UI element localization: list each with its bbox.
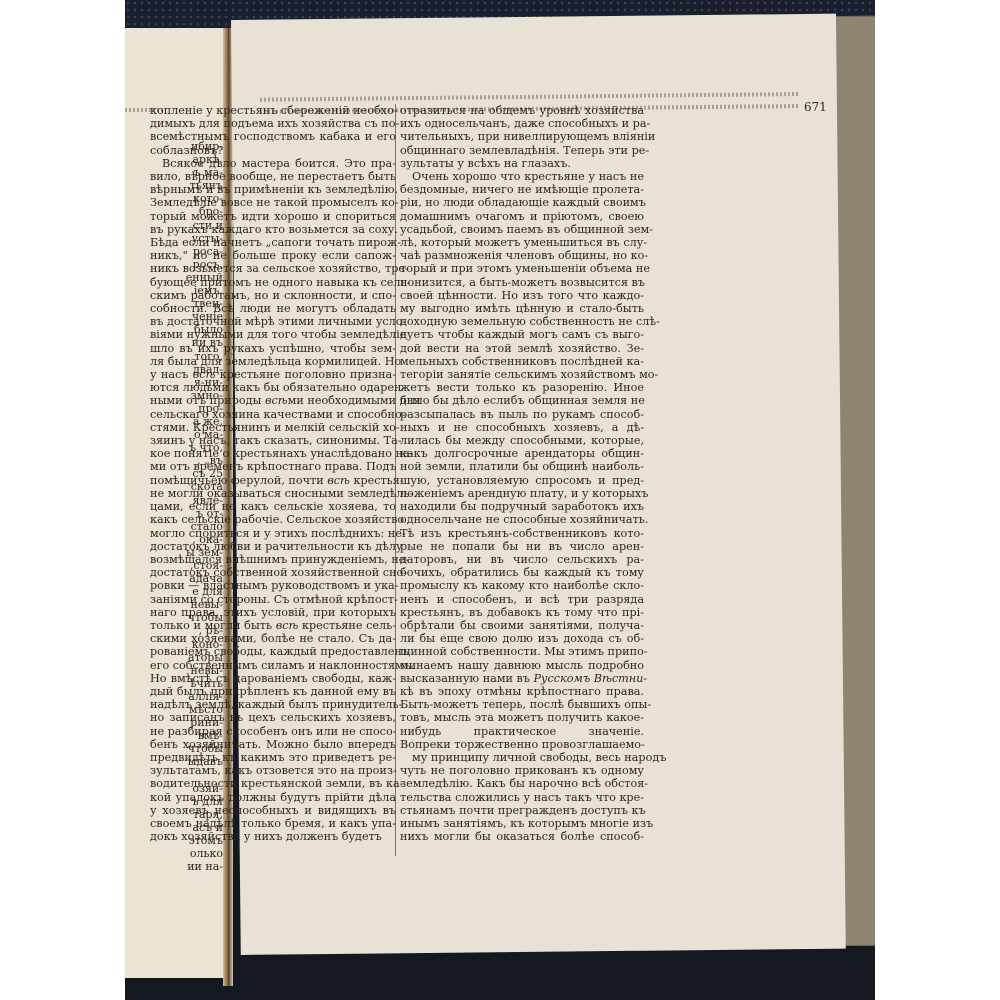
text-line: кое понятіе о крестьянахъ унаслѣдовано н… [150, 447, 396, 460]
text-line: вило, вѣрное вообще, не перестаетъ быть [150, 170, 396, 183]
text-line: усадьбой, своимъ паемъ въ общинной зем- [400, 223, 644, 236]
text-line: разсыпалась въ пыль по рукамъ способ- [400, 408, 644, 421]
text-line: цами, если не какъ сельскіе хозяева, то [150, 500, 396, 513]
text-line: возмѣщался внѣшнимъ принужденіемъ, не- [150, 553, 396, 566]
text-line: земледѣлію. Какъ бы нарочно всѣ обстоя- [400, 777, 644, 790]
text-line: торый можетъ идти хорошо и спориться [150, 210, 396, 223]
text-line: находили бы подручный заработокъ ихъ [400, 500, 644, 513]
text-line: бующее притомъ не одного навыка къ сель- [150, 276, 396, 289]
text-line: не могли оказываться сносными земледѣль- [150, 487, 396, 500]
text-line: чаѣ размноженія членовъ общины, но ко- [400, 249, 644, 262]
text-line: домашнимъ очагомъ и пріютомъ, своею [400, 210, 644, 223]
text-line: Бѣда если начнетъ „сапоги точать пирож- [150, 236, 396, 249]
text-line: ровки — властнымъ руководствомъ и ука- [150, 579, 396, 592]
text-line: ныхъ и не способныхъ хозяевъ, а дѣ- [400, 421, 644, 434]
text-column-left: копленіе у крестьянъ сбереженій необхо-д… [150, 104, 396, 843]
text-line: ной земли, платили бы общинѣ наиболь- [400, 460, 644, 473]
text-line: стьянамъ почти прегражденъ доступъ къ [400, 804, 644, 817]
text-line: мельныхъ собственниковъ послѣдней ка- [400, 355, 644, 368]
text-column-right: отразиться на общемъ уровнѣ хозяйстваихъ… [400, 104, 644, 843]
text-line: собности. Всѣ люди не могутъ обладать [150, 302, 396, 315]
text-line: жетъ вести только къ разоренію. Иное [400, 381, 644, 394]
text-line: дый былъ прикрѣпленъ къ данной ему въ [150, 685, 396, 698]
text-line: предвидѣть къ какимъ это приведетъ ре- [150, 751, 396, 764]
text-line: ными отъ природы всѣми необходимыми для [150, 394, 396, 407]
text-line: общиннаго землевладѣнія. Теперь эти ре- [400, 144, 644, 157]
text-line: ненъ и способенъ, и всѣ три разряда [400, 593, 644, 606]
text-line: зультаты у всѣхъ на глазахъ. [400, 157, 644, 170]
text-line: Очень хорошо что крестьяне у насъ не [400, 170, 644, 183]
text-line: помѣщичьею ферулой, почти всѣ крестья- [150, 474, 396, 487]
text-line: ли бы еще свою долю изъ дохода съ об- [400, 632, 644, 645]
text-line: высказанную нами въ Русскомъ Вѣстни- [400, 672, 644, 685]
text-line: но записанъ въ цехъ сельскихъ хозяевъ, [150, 711, 396, 724]
text-line: чительныхъ, при нивеллирующемъ вліяніи [400, 130, 644, 143]
text-line: кой упадокъ должны будутъ прійти дѣла [150, 791, 396, 804]
text-line: лѣ, который можетъ уменьшиться въ слу- [400, 236, 644, 249]
text-line: ми отъ временъ крѣпостнаго права. Подъ [150, 460, 396, 473]
text-line: у хозяевъ неспособныхъ и видящихъ въ [150, 804, 396, 817]
text-line: скимъ работамъ, но и склонности, и спо- [150, 289, 396, 302]
italic-text: всѣ [265, 394, 288, 407]
text-line: только и могли быть всѣ крестьяне сель- [150, 619, 396, 632]
text-line: ріи, но люди обладающіе каждый своимъ [400, 196, 644, 209]
text-line: рые не попали бы ни въ число арен- [400, 540, 644, 553]
text-line: Вопреки торжественно провозглашаемо- [400, 738, 644, 751]
text-line: Тѣ изъ крестьянъ-собственниковъ кото- [400, 527, 644, 540]
text-line: понизится, а быть-можетъ возвысится въ [400, 276, 644, 289]
text-line: обрѣтали бы своими занятіями, получа- [400, 619, 644, 632]
text-line: Земледѣліе вовсе не такой промыселъ ко- [150, 196, 396, 209]
text-line: даторовъ, ни въ число сельскихъ ра- [400, 553, 644, 566]
text-line: надѣлъ землѣ, каждый былъ принудитель- [150, 698, 396, 711]
text-line: какъ долгосрочные арендаторы общин- [400, 447, 644, 460]
text-line: му принципу личной свободы, весь народъ [400, 751, 644, 764]
text-line: инымъ занятіямъ, къ которымъ многіе изъ [400, 817, 644, 830]
text-line: шло въ ихъ рукахъ успѣшно, чтобы зем- [150, 342, 396, 355]
text-line: ются людьми какъ бы обязательно одарен- [150, 381, 396, 394]
text-line: какъ сельскіе рабочіе. Сельское хозяйств… [150, 513, 396, 526]
text-line: отразиться на общемъ уровнѣ хозяйства [400, 104, 644, 117]
left-page-fragment-line: ии на- [125, 860, 223, 873]
text-line: никъ," но не больше проку если сапож- [150, 249, 396, 262]
text-line: тельства сложились у насъ такъ что кре- [400, 791, 644, 804]
text-line: бочихъ, обратились бы каждый къ тому [400, 566, 644, 579]
text-line: въ достаточной мѣрѣ этими личными усло- [150, 315, 396, 328]
text-line: достатокъ любви и рачительности къ дѣлу [150, 540, 396, 553]
text-line: димыхъ для подъема ихъ хозяйства съ по- [150, 117, 396, 130]
text-line: дуетъ чтобы каждый могъ самъ съ выго- [400, 328, 644, 341]
text-line: нибудь практическое значеніе. [400, 725, 644, 738]
text-line: Быть-можетъ теперь, послѣ бывшихъ опы- [400, 698, 644, 711]
text-line: крестьянъ, въ добавокъ къ тому что прі- [400, 606, 644, 619]
text-line: ля была для земледѣльца кормилицей. Но [150, 355, 396, 368]
text-line: ложеніемъ арендную плату, и у которыхъ [400, 487, 644, 500]
text-line: бенъ хозяйничать. Можно было впередъ [150, 738, 396, 751]
text-line: своей цѣнности. Но изъ того что каждо- [400, 289, 644, 302]
text-line: зультатамъ, какъ отзовется это на произ- [150, 764, 396, 777]
text-line: соблазновъ? [150, 144, 396, 157]
text-line: чуть не поголовно прикованъ къ одному [400, 764, 644, 777]
text-line: кѣ въ эпоху отмѣны крѣпостнаго права. [400, 685, 644, 698]
text-line: дой вести на этой землѣ хозяйство. Зе- [400, 342, 644, 355]
text-line: его собственнымъ силамъ и наклонностямъ. [150, 659, 396, 672]
text-line: товъ, мысль эта можетъ получить какое- [400, 711, 644, 724]
text-line: могло спориться и у этихъ послѣднихъ: не… [150, 527, 396, 540]
text-line: докъ хозяйства у нихъ долженъ будетъ [150, 830, 396, 843]
text-line: стями. Крестьянинъ и мелкій сельскій хо- [150, 421, 396, 434]
page-number: 671 [804, 100, 827, 114]
text-line: тегоріи занятіе сельскимъ хозяйствомъ мо… [400, 368, 644, 381]
text-line: никъ возьмется за сельское хозяйство, тр… [150, 262, 396, 275]
text-line: віями нужными для того чтобы земледѣліе [150, 328, 396, 341]
text-line: шую, установляемую спросомъ и пред- [400, 474, 644, 487]
italic-text: Русскомъ Вѣстни- [534, 672, 648, 685]
text-line: не разбирая способенъ онъ или не спосо- [150, 725, 396, 738]
text-line: своемъ надѣлѣ только бремя, и какъ упа- [150, 817, 396, 830]
italic-text: всѣ [327, 474, 350, 487]
text-line: вѣрнымъ и въ примѣненіи къ земледѣлію. [150, 183, 396, 196]
text-line: нихъ могли бы оказаться болѣе способ- [400, 830, 644, 843]
left-page-fragment-line: олько [125, 847, 223, 860]
text-line: рованіемъ свободы, каждый предоставленъ [150, 645, 396, 658]
text-line: Но вмѣстѣ съ дарованіемъ свободы, каж- [150, 672, 396, 685]
text-line: Всякое дѣло мастера боится. Это пра- [150, 157, 396, 170]
text-line: бездомные, ничего не имѣющіе пролета- [400, 183, 644, 196]
text-line: односельчане не способные хозяйничать. [400, 513, 644, 526]
text-line: му выгодно имѣть цѣнную и стало-быть [400, 302, 644, 315]
text-line: водительности крестьянской земли, въ ка- [150, 777, 396, 790]
text-line: щинной собственности. Мы этимъ припо- [400, 645, 644, 658]
text-line: въ рукахъ каждаго кто возьмется за соху. [150, 223, 396, 236]
text-line: зяинъ у насъ, такъ сказать, синонимы. Та… [150, 434, 396, 447]
italic-text: всѣ [276, 619, 299, 632]
text-line: ихъ односельчанъ, даже способныхъ и ра- [400, 117, 644, 130]
text-line: наго права, этихъ условій, при которыхъ [150, 606, 396, 619]
text-line: всемѣстнымъ господствомъ кабака и его [150, 130, 396, 143]
text-line: копленіе у крестьянъ сбереженій необхо- [150, 104, 396, 117]
text-line: доходную земельную собственность не слѣ- [400, 315, 644, 328]
text-line: минаемъ нашу давнюю мысль подробно [400, 659, 644, 672]
text-line: было бы дѣло еслибъ общинная земля не [400, 394, 644, 407]
text-line: лилась бы между способными, которые, [400, 434, 644, 447]
text-line: промыслу къ какому кто наиболѣе скло- [400, 579, 644, 592]
italic-text: всѣ [193, 368, 216, 381]
text-line: скими хозяевами, болѣе не стало. Съ да- [150, 632, 396, 645]
text-line: торый и при этомъ уменьшеніи объема не [400, 262, 644, 275]
text-line: сельскаго хозяина качествами и способно- [150, 408, 396, 421]
text-line: заніями со стороны. Съ отмѣной крѣпост- [150, 593, 396, 606]
text-line: у насъ всѣ крестьяне поголовно призна- [150, 368, 396, 381]
text-line: достатокъ собственной хозяйственной сно- [150, 566, 396, 579]
header-rule-top [260, 92, 800, 102]
